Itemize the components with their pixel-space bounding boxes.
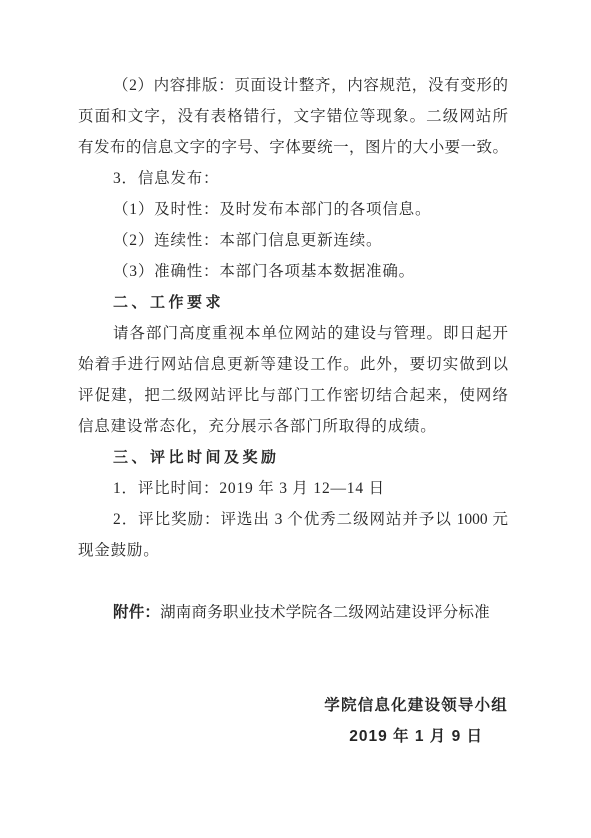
document-body: （2）内容排版：页面设计整齐，内容规范，没有变形的 页面和文字，没有表格错行，文… [78, 70, 508, 752]
body-line: 评促建，把二级网站评比与部门工作密切结合起来，使网络 [78, 380, 508, 411]
body-line: 始着手进行网站信息更新等建设工作。此外，要切实做到以 [78, 349, 508, 380]
body-line: （1）及时性：及时发布本部门的各项信息。 [78, 194, 508, 225]
body-line: 2．评比奖励：评选出 3 个优秀二级网站并予以 1000 元 [78, 504, 508, 535]
body-line: 页面和文字，没有表格错行，文字错位等现象。二级网站所 [78, 101, 508, 132]
body-line: （2）内容排版：页面设计整齐，内容规范，没有变形的 [78, 70, 508, 101]
body-line: 1．评比时间：2019 年 3 月 12—14 日 [78, 473, 508, 504]
body-line: （2）连续性：本部门信息更新连续。 [78, 225, 508, 256]
body-line: 有发布的信息文字的字号、字体要统一，图片的大小要一致。 [78, 132, 508, 163]
signature-block: 学院信息化建设领导小组 2019 年 1 月 9 日 [324, 690, 508, 752]
body-line: 请各部门高度重视本单位网站的建设与管理。即日起开 [78, 318, 508, 349]
section-heading-work-requirements: 二、工作要求 [78, 287, 508, 318]
body-line: 3．信息发布： [78, 163, 508, 194]
document-page: （2）内容排版：页面设计整齐，内容规范，没有变形的 页面和文字，没有表格错行，文… [0, 0, 591, 838]
signature-date: 2019 年 1 月 9 日 [324, 721, 508, 752]
section-heading-evaluation-time-rewards: 三、评比时间及奖励 [78, 442, 508, 473]
body-line: （3）准确性：本部门各项基本数据准确。 [78, 256, 508, 287]
body-line: 现金鼓励。 [78, 535, 508, 566]
signature-org: 学院信息化建设领导小组 [324, 690, 508, 721]
body-line: 信息建设常态化，充分展示各部门所取得的成绩。 [78, 411, 508, 442]
attachment-label: 附件： [113, 604, 160, 621]
attachment-line: 附件：湖南商务职业技术学院各二级网站建设评分标准 [78, 597, 508, 628]
attachment-text: 湖南商务职业技术学院各二级网站建设评分标准 [160, 604, 490, 621]
